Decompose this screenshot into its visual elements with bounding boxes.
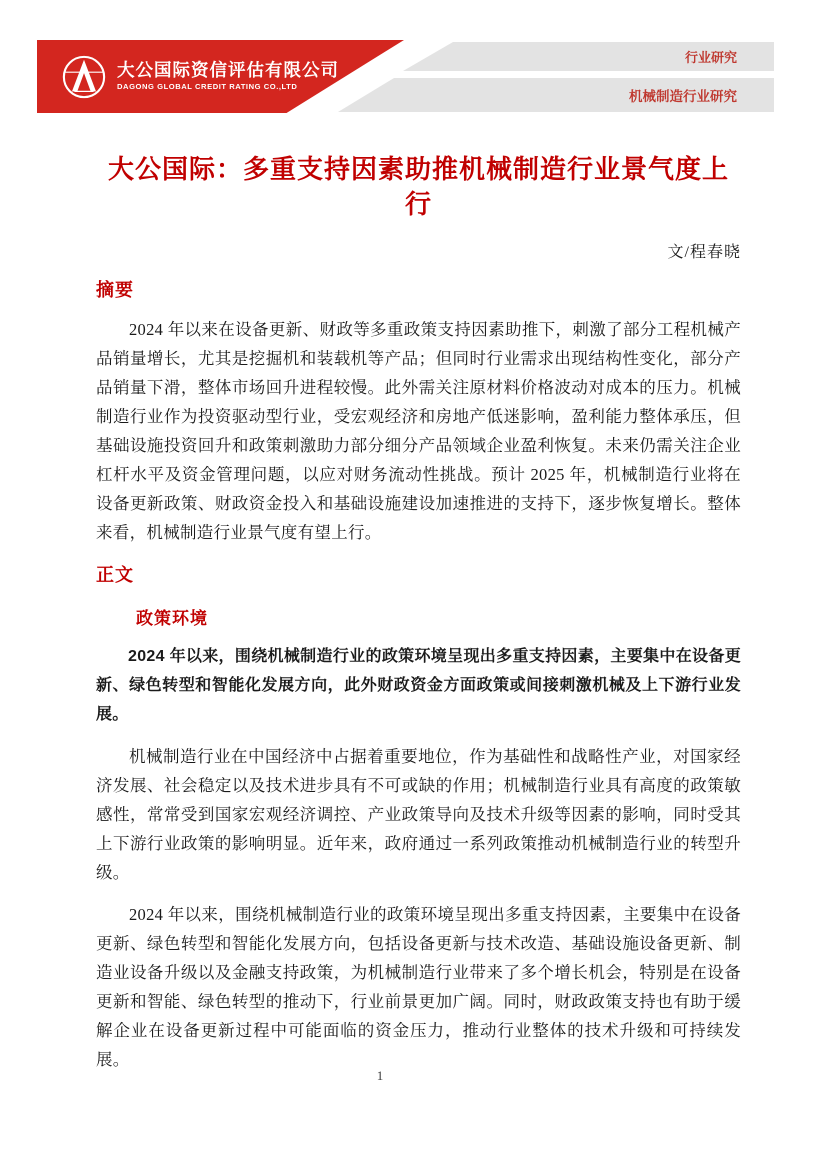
body-heading: 正文 (96, 561, 741, 587)
article-title: 大公国际：多重支持因素助推机械制造行业景气度上行 (96, 152, 741, 222)
industry-research-label: 行业研究 (685, 47, 737, 66)
dagong-globe-logo-icon (61, 54, 107, 100)
article-body: 大公国际：多重支持因素助推机械制造行业景气度上行 文/程春晓 摘要 2024 年… (96, 152, 741, 1074)
company-name-cn: 大公国际资信评估有限公司 (117, 61, 339, 80)
header-band-industry-research: 行业研究 (403, 42, 774, 71)
policy-paragraph: 机械制造行业在中国经济中占据着重要地位，作为基础性和战略性产业，对国家经济发展、… (96, 742, 741, 887)
section-heading-policy-environment: 政策环境 (136, 604, 741, 629)
header-band-machinery-research: 机械制造行业研究 (338, 78, 774, 112)
policy-paragraph: 2024 年以来，围绕机械制造行业的政策环境呈现出多重支持因素，主要集中在设备更… (96, 900, 741, 1074)
brand-banner: 大公国际资信评估有限公司 DAGONG GLOBAL CREDIT RATING… (37, 40, 404, 113)
abstract-paragraph: 2024 年以来在设备更新、财政等多重政策支持因素助推下，刺激了部分工程机械产品… (96, 315, 741, 547)
policy-paragraph-bold: 2024 年以来，围绕机械制造行业的政策环境呈现出多重支持因素，主要集中在设备更… (96, 642, 741, 729)
document-page: 大公国际资信评估有限公司 DAGONG GLOBAL CREDIT RATING… (0, 0, 826, 1169)
page-number: 1 (370, 1068, 390, 1084)
brand-text: 大公国际资信评估有限公司 DAGONG GLOBAL CREDIT RATING… (117, 61, 339, 92)
machinery-research-label: 机械制造行业研究 (629, 85, 737, 105)
byline: 文/程春晓 (96, 239, 741, 262)
company-name-en: DAGONG GLOBAL CREDIT RATING CO.,LTD (117, 83, 339, 91)
abstract-heading: 摘要 (96, 276, 741, 302)
